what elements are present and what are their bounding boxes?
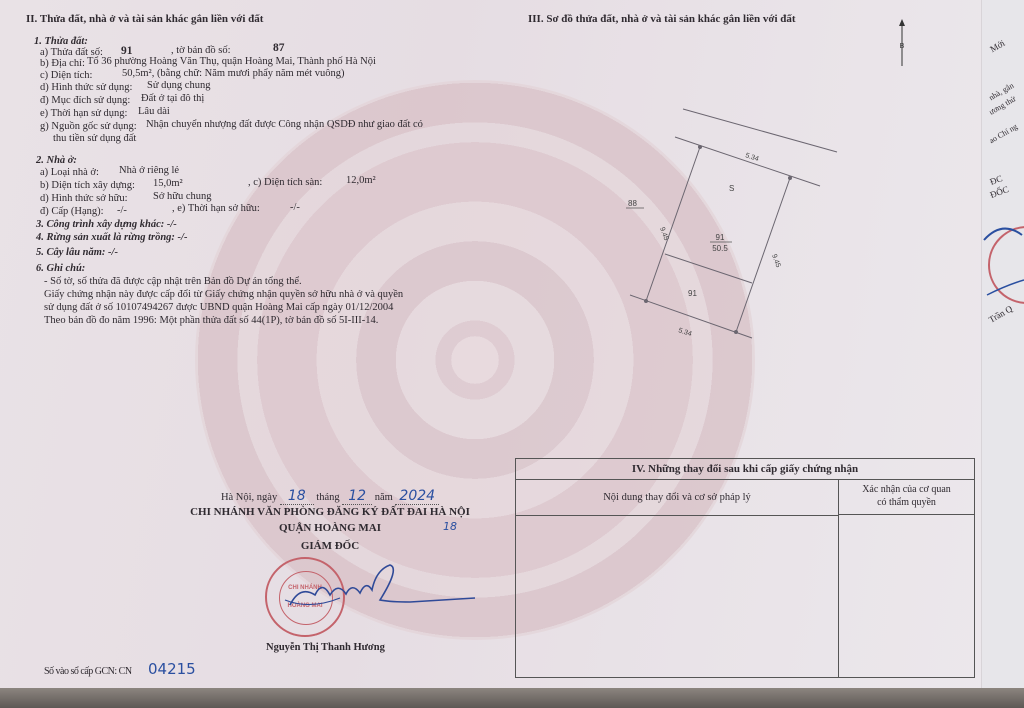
road-line <box>683 109 837 152</box>
floor-area-label: , c) Diện tích sàn: <box>248 178 322 189</box>
top-boundary <box>675 137 820 186</box>
term-label: e) Thời hạn sử dụng: <box>40 109 127 120</box>
edge-stamp-fragment-icon <box>982 210 1024 310</box>
neighbor-parcel-number: 88 <box>628 199 637 208</box>
address-value: Tổ 36 phường Hoàng Văn Thụ, quận Hoàng M… <box>87 57 376 68</box>
house-type-value: Nhà ở riêng lẻ <box>119 166 179 177</box>
house-label: 91 <box>688 289 697 298</box>
column-header-authority-confirmation: Xác nhận của cơ quan có thẩm quyền <box>839 480 974 515</box>
left-edge-length: 9.45 <box>658 226 669 241</box>
parcel-area-label: 50.5 <box>712 244 728 253</box>
house-heading: 2. Nhà ở: <box>36 156 77 167</box>
section-2-title: II. Thửa đất, nhà ở và tài sản khác gắn … <box>26 14 263 25</box>
map-sheet-number: 87 <box>273 43 285 55</box>
area-value: 50,5m², (bằng chữ: Năm mươi phẩy năm mét… <box>122 69 344 80</box>
registry-label: Số vào sổ cấp GCN: CN <box>44 667 132 677</box>
north-label: B <box>900 43 905 50</box>
north-arrow-icon: B <box>895 18 909 68</box>
perennial-trees: 5. Cây lâu năm: -/- <box>36 248 118 259</box>
origin-value-line1: Nhận chuyển nhượng đất được Công nhận QS… <box>146 120 423 131</box>
section-3-title: III. Sơ đồ thửa đất, nhà ở và tài sản kh… <box>528 14 796 25</box>
position-title: GIÁM ĐỐC <box>180 540 480 552</box>
built-area-value: 15,0m² <box>153 179 183 190</box>
map-sheet-label: , tờ bản đồ số: <box>171 46 231 57</box>
place-date: Hà Nội, ngày 18 tháng 12 năm 2024 <box>180 488 480 504</box>
other-construction: 3. Công trình xây dựng khác: -/- <box>36 220 177 231</box>
own-term-value: -/- <box>290 203 300 214</box>
origin-value-line2: thu tiền sử dụng đất <box>53 134 136 145</box>
grade-label: đ) Cấp (Hạng): <box>40 207 104 218</box>
registry-number: 04215 <box>148 662 196 677</box>
edge-fragment: ĐỐC <box>989 185 1010 200</box>
road-label: S <box>729 184 734 193</box>
edge-fragment: Mới <box>989 39 1007 54</box>
floor-area-value: 12,0m² <box>346 176 376 187</box>
purpose-label: đ) Mục đích sử dụng: <box>40 96 130 107</box>
section-4-title: IV. Những thay đổi sau khi cấp giấy chứn… <box>516 459 974 480</box>
ownership-value: Sở hữu chung <box>153 192 212 203</box>
use-form-value: Sử dụng chung <box>147 81 210 92</box>
note-line-4: Theo bản đồ đo năm 1996: Một phần thửa đ… <box>44 316 378 327</box>
signer-name: Nguyễn Thị Thanh Hương <box>266 643 385 654</box>
right-edge-length: 9.45 <box>770 253 781 268</box>
changes-table: IV. Những thay đổi sau khi cấp giấy chứn… <box>515 458 975 678</box>
production-forest: 4. Rừng sản xuất là rừng trồng: -/- <box>36 233 187 244</box>
column-divider <box>838 516 839 677</box>
area-label: c) Diện tích: <box>40 71 92 82</box>
use-form-label: d) Hình thức sử dụng: <box>40 83 132 94</box>
next-page-edge: Mới nhà, gắn ương thử ao Chí ng ĐC ĐỐC T… <box>981 0 1024 690</box>
grade-value: -/- <box>117 206 127 217</box>
month-label: tháng <box>316 492 339 503</box>
ownership-label: d) Hình thức sở hữu: <box>40 194 128 205</box>
col2-line1: Xác nhận của cơ quan <box>839 483 974 496</box>
place-date-prefix: Hà Nội, ngày <box>221 492 277 503</box>
notes-heading: 6. Ghi chú: <box>36 264 85 275</box>
parcel-diagram: 5.34 5.34 9.45 9.45 88 S 91 50.5 91 <box>600 100 840 350</box>
col2-line2: có thẩm quyền <box>839 496 974 509</box>
built-area-label: b) Diện tích xây dựng: <box>40 181 135 192</box>
note-line-2: Giấy chứng nhận này được cấp đổi từ Giấy… <box>44 290 403 301</box>
certificate-page: Mới nhà, gắn ương thử ao Chí ng ĐC ĐỐC T… <box>0 0 1024 690</box>
sign-year: 2024 <box>395 488 439 505</box>
bottom-edge-length: 5.34 <box>677 327 692 338</box>
purpose-value: Đất ở tại đô thị <box>141 94 204 105</box>
note-line-1: - Số tờ, số thửa đã được cập nhật trên B… <box>44 277 302 288</box>
column-header-change-content: Nội dung thay đổi và cơ sở pháp lý <box>516 480 839 516</box>
origin-label: g) Nguồn gốc sử dụng: <box>40 122 137 133</box>
edge-fragment: ao Chí ng <box>988 123 1019 145</box>
sign-month: 12 <box>342 488 372 505</box>
note-line-3: sử dụng đất ở số 10107494267 được UBND q… <box>44 303 393 314</box>
year-label: năm <box>375 492 393 503</box>
signing-block: Hà Nội, ngày 18 tháng 12 năm 2024 CHI NH… <box>180 488 480 552</box>
office-line-2: QUẬN HOÀNG MAI <box>180 522 480 534</box>
handwritten-mark: 18 <box>443 521 457 532</box>
signature-icon <box>280 560 480 620</box>
address-label: b) Địa chỉ: <box>40 59 85 70</box>
term-value: Lâu dài <box>138 107 170 118</box>
own-term-label: , e) Thời hạn sở hữu: <box>172 204 260 215</box>
office-line-1: CHI NHÁNH VĂN PHÒNG ĐĂNG KÝ ĐẤT ĐAI HÀ N… <box>180 506 480 518</box>
house-boundary <box>665 254 752 283</box>
land-heading: 1. Thửa đất: <box>34 37 88 48</box>
right-boundary <box>736 178 790 332</box>
sign-day: 18 <box>280 488 314 505</box>
parcel-number-label: 91 <box>716 233 725 242</box>
house-type-label: a) Loại nhà ở: <box>40 168 99 179</box>
left-boundary <box>646 147 700 301</box>
table-surface <box>0 688 1024 708</box>
